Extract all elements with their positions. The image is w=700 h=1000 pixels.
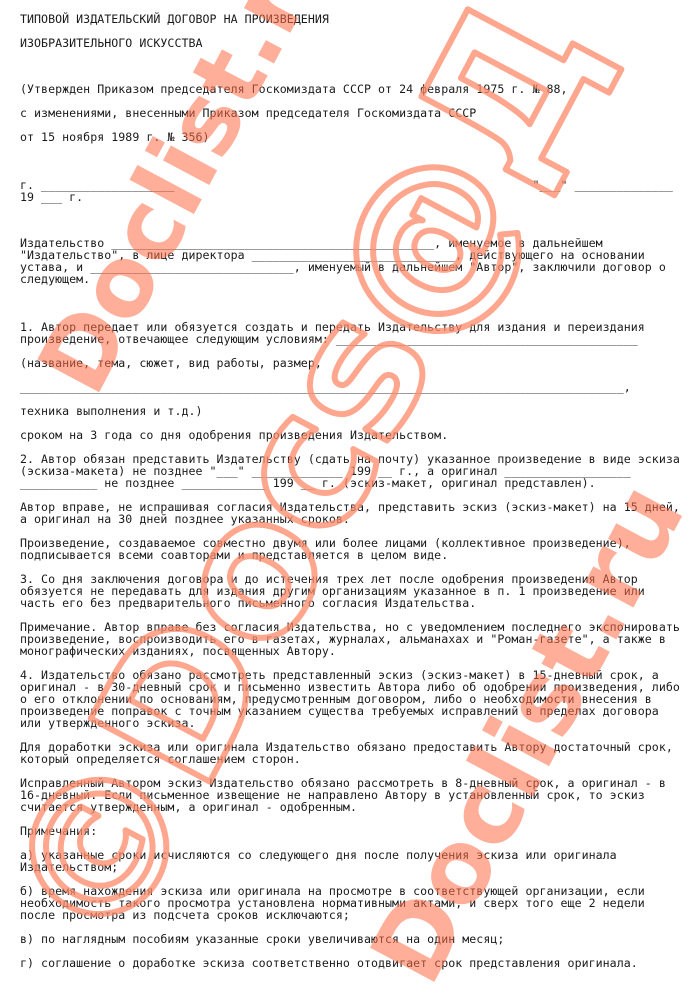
clause-1: 1. Автор передает или обязуется создать … — [20, 321, 645, 345]
document-title-line-2: ИЗОБРАЗИТЕЛЬНОГО ИСКУССТВА — [20, 37, 203, 49]
clause-4: 4. Издательство обязано рассмотреть пред… — [20, 669, 680, 729]
clause-2-paragraph-3: Произведение, создаваемое совместно двум… — [20, 537, 631, 561]
clause-1-hint-1: (название, тема, сюжет, вид работы, разм… — [20, 357, 322, 369]
note-g: г) соглашение о доработке эскиза соответ… — [20, 957, 638, 969]
clause-3: 3. Со дня заключения договора и до истеч… — [20, 573, 645, 609]
parties-paragraph: Издательство ___________________________… — [20, 237, 666, 285]
clause-2-paragraph-2: Автор вправе, не испрашивая согласия Изд… — [20, 501, 680, 525]
approval-line-2: с изменениями, внесенными Приказом предс… — [20, 107, 476, 119]
clause-1-hint-2: техника выполнения и т.д.) — [20, 405, 203, 417]
clause-4-paragraph-3: Исправленный Автором эскиз Издательство … — [20, 777, 666, 813]
place-date-fields: г. ___________________ "___" ___________… — [20, 179, 673, 203]
note-a: а) указанные сроки исчисляются со следую… — [20, 849, 617, 873]
clause-4-paragraph-2: Для доработки эскиза или оригинала Издат… — [20, 741, 673, 765]
clause-1-blank-line: ________________________________________… — [20, 381, 631, 393]
document-title-line-1: ТИПОВОЙ ИЗДАТЕЛЬСКИЙ ДОГОВОР НА ПРОИЗВЕД… — [20, 13, 329, 25]
document-page: ТИПОВОЙ ИЗДАТЕЛЬСКИЙ ДОГОВОР НА ПРОИЗВЕД… — [0, 0, 700, 1000]
approval-line-3: от 15 ноября 1989 г. № 356) — [20, 131, 210, 143]
notes-heading: Примечания: — [20, 825, 97, 837]
clause-3-note: Примечание. Автор вправе без согласия Из… — [20, 621, 680, 657]
clause-1-term: сроком на 3 года со дня одобрения произв… — [20, 429, 448, 441]
approval-line-1: (Утвержден Приказом председателя Госкоми… — [20, 83, 568, 95]
clause-2: 2. Автор обязан представить Издательству… — [20, 453, 680, 489]
note-b: б) время нахождения эскиза или оригинала… — [20, 885, 645, 921]
note-v: в) по наглядным пособиям указанные сроки… — [20, 933, 504, 945]
